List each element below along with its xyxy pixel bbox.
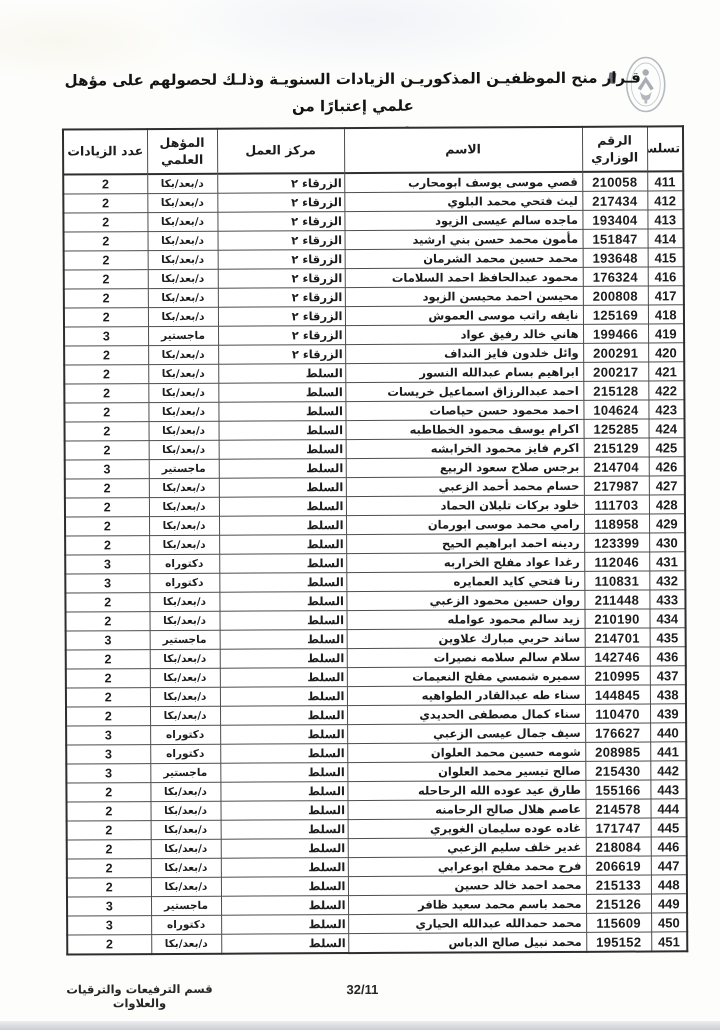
serial-cell: 444 bbox=[650, 799, 686, 818]
serial-cell: 429 bbox=[649, 514, 685, 533]
col-header-ministry-number: الرقم الوزاري bbox=[582, 126, 647, 171]
work-center-cell: السلط bbox=[219, 459, 346, 479]
scan-bottom-edge bbox=[0, 1021, 720, 1030]
ministry-number-cell: 112046 bbox=[584, 552, 649, 571]
work-center-cell: السلط bbox=[219, 573, 346, 593]
ministry-number-cell: 171747 bbox=[586, 818, 651, 837]
ministry-number-cell: 215430 bbox=[585, 761, 650, 780]
increases-cell: 2 bbox=[64, 308, 148, 327]
name-cell: محمد باسم محمد سعيد ظافر bbox=[348, 894, 586, 914]
ministry-number-cell: 214578 bbox=[585, 799, 650, 818]
qualification-cell: دكتوراه bbox=[149, 573, 219, 592]
work-center-cell: السلط bbox=[220, 630, 347, 650]
increases-cell: 2 bbox=[66, 650, 150, 669]
serial-cell: 419 bbox=[648, 324, 684, 343]
qualification-cell: د/بعد/بكا bbox=[148, 364, 218, 383]
qualification-cell: د/بعد/بكا bbox=[148, 307, 218, 326]
ministry-number-cell: 176627 bbox=[585, 723, 650, 742]
qualification-cell: د/بعد/بكا bbox=[150, 611, 220, 630]
qualification-cell: د/بعد/بكا bbox=[150, 801, 220, 820]
serial-cell: 421 bbox=[648, 362, 684, 381]
work-center-cell: السلط bbox=[219, 440, 346, 460]
name-cell: ماجده سالم عيسى الزيود bbox=[344, 210, 582, 230]
ministry-number-cell: 210058 bbox=[582, 171, 647, 191]
name-cell: اكرم فايز محمود الخرابشه bbox=[346, 438, 584, 458]
ministry-number-cell: 208985 bbox=[585, 742, 650, 761]
work-center-cell: السلط bbox=[221, 896, 348, 916]
work-center-cell: الزرقاء ٢ bbox=[217, 212, 344, 232]
serial-cell: 427 bbox=[649, 476, 685, 495]
serial-cell: 446 bbox=[651, 837, 687, 856]
serial-cell: 416 bbox=[648, 267, 684, 286]
qualification-cell: د/بعد/بكا bbox=[148, 288, 218, 307]
ministry-number-cell: 214701 bbox=[585, 628, 650, 647]
ministry-number-cell: 200808 bbox=[583, 286, 648, 305]
increases-cell: 2 bbox=[65, 536, 149, 555]
qualification-cell: د/بعد/بكا bbox=[150, 668, 220, 687]
increases-cell: 3 bbox=[67, 897, 151, 916]
serial-cell: 441 bbox=[650, 742, 686, 761]
work-center-cell: الزرقاء ٢ bbox=[217, 193, 344, 213]
name-cell: ساند حربي مبارك علاوين bbox=[347, 628, 585, 648]
qualification-cell: دكتوراه bbox=[149, 554, 219, 573]
serial-cell: 413 bbox=[647, 210, 683, 229]
work-center-cell: السلط bbox=[221, 915, 348, 935]
increases-cell: 3 bbox=[66, 631, 150, 650]
ministry-number-cell: 118958 bbox=[584, 514, 649, 533]
ministry-number-cell: 210995 bbox=[585, 666, 650, 685]
name-cell: برجس صلاح سعود الربيع bbox=[346, 457, 584, 477]
increases-cell: 2 bbox=[65, 593, 149, 612]
work-center-cell: السلط bbox=[219, 478, 346, 498]
qualification-cell: د/بعد/بكا bbox=[150, 649, 220, 668]
work-center-cell: السلط bbox=[220, 744, 347, 764]
increases-cell: 3 bbox=[65, 460, 149, 479]
work-center-cell: السلط bbox=[220, 782, 347, 802]
qualification-cell: دكتوراه bbox=[150, 725, 220, 744]
increases-cell: 2 bbox=[64, 403, 148, 422]
name-cell: طارق عيد عوده الله الرحاحله bbox=[347, 780, 585, 800]
work-center-cell: الزرقاء ٢ bbox=[218, 345, 345, 365]
serial-cell: 433 bbox=[649, 590, 685, 609]
serial-cell: 439 bbox=[650, 704, 686, 723]
increases-cell: 2 bbox=[63, 174, 147, 194]
increases-cell: 2 bbox=[65, 498, 149, 517]
serial-cell: 447 bbox=[651, 856, 687, 875]
ministry-number-cell: 218084 bbox=[586, 837, 651, 856]
ministry-number-cell: 215128 bbox=[583, 381, 648, 400]
serial-cell: 442 bbox=[650, 761, 686, 780]
work-center-cell: السلط bbox=[221, 820, 348, 840]
serial-cell: 432 bbox=[649, 571, 685, 590]
serial-cell: 430 bbox=[649, 533, 685, 552]
work-center-cell: السلط bbox=[218, 402, 345, 422]
work-center-cell: السلط bbox=[219, 592, 346, 612]
document-sheet: قـرار منح الموظفيـن المذكوريـن الزيادات … bbox=[0, 0, 720, 1030]
increases-cell: 2 bbox=[67, 821, 151, 840]
work-center-cell: السلط bbox=[220, 611, 347, 631]
ministry-number-cell: 110831 bbox=[584, 571, 649, 590]
work-center-cell: السلط bbox=[220, 706, 347, 726]
name-cell: محمد نبيل صالح الدباس bbox=[348, 932, 586, 953]
serial-cell: 449 bbox=[651, 894, 687, 913]
work-center-cell: الزرقاء ٢ bbox=[218, 269, 345, 289]
name-cell: سلام سالم سلامه نصيرات bbox=[347, 647, 585, 667]
increases-cell: 2 bbox=[64, 384, 148, 403]
ministry-number-cell: 155166 bbox=[585, 780, 650, 799]
serial-cell: 415 bbox=[648, 248, 684, 267]
increases-cell: 3 bbox=[66, 726, 150, 745]
col-header-increases: عدد الزيادات bbox=[63, 129, 147, 174]
ministry-number-cell: 111703 bbox=[584, 495, 649, 514]
ministry-number-cell: 211448 bbox=[584, 590, 649, 609]
name-cell: ليث فتحي محمد البلوي bbox=[344, 191, 582, 211]
increases-cell: 2 bbox=[64, 289, 148, 308]
work-center-cell: السلط bbox=[221, 877, 348, 897]
work-center-cell: السلط bbox=[221, 839, 348, 859]
ministry-number-cell: 193404 bbox=[582, 210, 647, 229]
serial-cell: 424 bbox=[649, 419, 685, 438]
ministry-number-cell: 193648 bbox=[583, 248, 648, 267]
qualification-cell: د/بعد/بكا bbox=[147, 193, 217, 212]
name-cell: سميره شمسي مفلح النعيمات bbox=[347, 666, 585, 686]
serial-cell: 411 bbox=[647, 171, 683, 191]
qualification-cell: د/بعد/بكا bbox=[149, 535, 219, 554]
ministry-number-cell: 151847 bbox=[583, 229, 648, 248]
work-center-cell: الزرقاء ٢ bbox=[218, 231, 345, 251]
increases-cell: 2 bbox=[67, 840, 151, 859]
qualification-cell: ماجستير bbox=[150, 630, 220, 649]
serial-cell: 440 bbox=[650, 723, 686, 742]
work-center-cell: الزرقاء ٢ bbox=[218, 250, 345, 270]
ministry-number-cell: 215126 bbox=[586, 894, 651, 913]
qualification-cell: د/بعد/بكا bbox=[149, 497, 219, 516]
name-cell: محمود عبدالحافظ احمد السلامات bbox=[345, 267, 583, 287]
increases-cell: 2 bbox=[66, 612, 150, 631]
qualification-cell: د/بعد/بكا bbox=[147, 212, 217, 231]
name-cell: ردينه احمد ابراهيم الحيح bbox=[346, 533, 584, 553]
qualification-cell: ماجستير bbox=[151, 896, 221, 915]
increases-cell: 2 bbox=[63, 194, 147, 213]
ministry-number-cell: 176324 bbox=[583, 267, 648, 286]
increases-cell: 2 bbox=[65, 422, 149, 441]
work-center-cell: السلط bbox=[219, 554, 346, 574]
employees-table-wrap: تسلسل الرقم الوزاري الاسم مركز العمل الم… bbox=[62, 125, 688, 955]
serial-cell: 451 bbox=[651, 932, 687, 952]
increases-cell: 2 bbox=[65, 441, 149, 460]
name-cell: شومه حسين محمد العلوان bbox=[347, 742, 585, 762]
name-cell: غاده عوده سليمان الغويري bbox=[348, 818, 586, 838]
serial-cell: 414 bbox=[648, 229, 684, 248]
qualification-cell: د/بعد/بكا bbox=[150, 687, 220, 706]
serial-cell: 443 bbox=[650, 780, 686, 799]
serial-cell: 445 bbox=[651, 818, 687, 837]
work-center-cell: السلط bbox=[220, 687, 347, 707]
name-cell: سناء كمال مصطفى الحديدي bbox=[347, 704, 585, 724]
qualification-cell: د/بعد/بكا bbox=[149, 440, 219, 459]
qualification-cell: د/بعد/بكا bbox=[150, 706, 220, 725]
work-center-cell: السلط bbox=[220, 668, 347, 688]
serial-cell: 448 bbox=[651, 875, 687, 894]
ministry-number-cell: 215133 bbox=[586, 875, 651, 894]
name-cell: هاني خالد رفيق عواد bbox=[345, 324, 583, 344]
work-center-cell: السلط bbox=[220, 763, 347, 783]
qualification-cell: د/بعد/بكا bbox=[148, 383, 218, 402]
qualification-cell: د/بعد/بكا bbox=[151, 858, 221, 877]
increases-cell: 2 bbox=[64, 346, 148, 365]
name-cell: محيسن احمد محيسن الزيود bbox=[345, 286, 583, 306]
increases-cell: 3 bbox=[66, 745, 150, 764]
col-header-work-center: مركز العمل bbox=[217, 128, 344, 174]
qualification-cell: د/بعد/بكا bbox=[151, 877, 221, 896]
name-cell: رنا فتحي كايد العمايره bbox=[346, 571, 584, 591]
name-cell: غدير خلف سليم الزعبي bbox=[348, 837, 586, 857]
increases-cell: 2 bbox=[66, 783, 150, 802]
qualification-cell: ماجستير bbox=[150, 763, 220, 782]
increases-cell: 2 bbox=[67, 878, 151, 897]
serial-cell: 426 bbox=[649, 457, 685, 476]
qualification-cell: د/بعد/بكا bbox=[150, 782, 220, 801]
ministry-number-cell: 217987 bbox=[584, 476, 649, 495]
qualification-cell: د/بعد/بكا bbox=[148, 250, 218, 269]
serial-cell: 420 bbox=[648, 343, 684, 362]
ministry-number-cell: 144845 bbox=[585, 685, 650, 704]
qualification-cell: د/بعد/بكا bbox=[149, 421, 219, 440]
name-cell: رغدا عواد مفلح الخراربه bbox=[346, 552, 584, 572]
work-center-cell: الزرقاء ٢ bbox=[218, 288, 345, 308]
work-center-cell: السلط bbox=[219, 535, 346, 555]
name-cell: صالح تيسير محمد العلوان bbox=[347, 761, 585, 781]
work-center-cell: السلط bbox=[221, 934, 348, 954]
name-cell: وائل خلدون فايز النداف bbox=[345, 343, 583, 363]
increases-cell: 3 bbox=[65, 555, 149, 574]
work-center-cell: السلط bbox=[219, 516, 346, 536]
name-cell: مأمون محمد حسن بني ارشيد bbox=[345, 229, 583, 249]
increases-cell: 2 bbox=[66, 802, 150, 821]
ministry-number-cell: 115609 bbox=[586, 913, 651, 932]
increases-cell: 2 bbox=[65, 479, 149, 498]
increases-cell: 2 bbox=[66, 707, 150, 726]
qualification-cell: ماجستير bbox=[149, 459, 219, 478]
serial-cell: 437 bbox=[650, 666, 686, 685]
name-cell: محمد حمدالله عبدالله الحياري bbox=[348, 913, 586, 933]
qualification-cell: د/بعد/بكا bbox=[151, 839, 221, 858]
ministry-number-cell: 142746 bbox=[585, 647, 650, 666]
ministry-number-cell: 195152 bbox=[586, 932, 651, 952]
serial-cell: 425 bbox=[649, 438, 685, 457]
work-center-cell: السلط bbox=[220, 649, 347, 669]
name-cell: روان حسين محمود الزعبي bbox=[346, 590, 584, 610]
qualification-cell: د/بعد/بكا bbox=[148, 269, 218, 288]
header-row: تسلسل الرقم الوزاري الاسم مركز العمل الم… bbox=[63, 126, 683, 174]
work-center-cell: الزرقاء ٢ bbox=[218, 307, 345, 327]
serial-cell: 438 bbox=[650, 685, 686, 704]
increases-cell: 3 bbox=[66, 764, 150, 783]
serial-cell: 431 bbox=[649, 552, 685, 571]
name-cell: قصي موسى يوسف ابومحارب bbox=[344, 172, 582, 193]
table-body: 411210058قصي موسى يوسف ابومحاربالزرقاء ٢… bbox=[63, 171, 687, 954]
serial-cell: 418 bbox=[648, 305, 684, 324]
increases-cell: 2 bbox=[67, 859, 151, 878]
name-cell: فرح محمد مفلح ابوعرابي bbox=[348, 856, 586, 876]
ministry-number-cell: 125169 bbox=[583, 305, 648, 324]
name-cell: رامي محمد موسى ابورمان bbox=[346, 514, 584, 534]
serial-cell: 428 bbox=[649, 495, 685, 514]
increases-cell: 2 bbox=[66, 688, 150, 707]
name-cell: اكرام يوسف محمود الخطاطبه bbox=[346, 419, 584, 439]
qualification-cell: دكتوراه bbox=[150, 744, 220, 763]
ministry-number-cell: 215129 bbox=[584, 438, 649, 457]
name-cell: زيد سالم محمود عوامله bbox=[347, 609, 585, 629]
ministry-number-cell: 200291 bbox=[583, 343, 648, 362]
qualification-cell: د/بعد/بكا bbox=[148, 231, 218, 250]
name-cell: خلود بركات تليلان الحماد bbox=[346, 495, 584, 515]
serial-cell: 436 bbox=[650, 647, 686, 666]
name-cell: سيف جمال عيسى الزعبي bbox=[347, 723, 585, 743]
increases-cell: 2 bbox=[64, 270, 148, 289]
ministry-number-cell: 206619 bbox=[586, 856, 651, 875]
increases-cell: 2 bbox=[66, 669, 150, 688]
footer-department: قسم الترفيعات والترقيات والعلاوات bbox=[64, 982, 214, 1011]
name-cell: احمد عبدالرزاق اسماعيل خريسات bbox=[345, 381, 583, 401]
qualification-cell: ماجستير bbox=[148, 326, 218, 345]
name-cell: حسام محمد أحمد الزعبي bbox=[346, 476, 584, 496]
serial-cell: 417 bbox=[648, 286, 684, 305]
name-cell: عاصم هلال صالح الرحامنه bbox=[347, 799, 585, 819]
name-cell: محمد حسين محمد الشرمان bbox=[345, 248, 583, 268]
ministry-number-cell: 110470 bbox=[585, 704, 650, 723]
name-cell: ابراهيم بسام عبدالله النسور bbox=[345, 362, 583, 382]
qualification-cell: د/بعد/بكا bbox=[148, 402, 218, 421]
work-center-cell: السلط bbox=[218, 383, 345, 403]
qualification-cell: د/بعد/بكا bbox=[147, 174, 217, 194]
serial-cell: 435 bbox=[650, 628, 686, 647]
qualification-cell: د/بعد/بكا bbox=[149, 478, 219, 497]
serial-cell: 412 bbox=[647, 191, 683, 210]
col-header-qualification: المؤهل العلمي bbox=[147, 129, 217, 174]
ministry-number-cell: 104624 bbox=[583, 400, 648, 419]
ministry-number-cell: 217434 bbox=[582, 191, 647, 210]
ministry-number-cell: 214704 bbox=[584, 457, 649, 476]
serial-cell: 422 bbox=[648, 381, 684, 400]
qualification-cell: د/بعد/بكا bbox=[151, 934, 221, 954]
footer-page-number: 32/11 bbox=[346, 982, 378, 997]
serial-cell: 450 bbox=[651, 913, 687, 932]
work-center-cell: الزرقاء ٢ bbox=[218, 326, 345, 346]
increases-cell: 3 bbox=[67, 916, 151, 935]
work-center-cell: السلط bbox=[218, 364, 345, 384]
ministry-number-cell: 123399 bbox=[584, 533, 649, 552]
increases-cell: 3 bbox=[64, 327, 148, 346]
table-row: 451195152محمد نبيل صالح الدباسالسلطد/بعد… bbox=[67, 932, 687, 955]
qualification-cell: د/بعد/بكا bbox=[151, 820, 221, 839]
increases-cell: 2 bbox=[63, 213, 147, 232]
work-center-cell: الزرقاء ٢ bbox=[217, 173, 344, 193]
ministry-number-cell: 210190 bbox=[584, 609, 649, 628]
qualification-cell: د/بعد/بكا bbox=[149, 516, 219, 535]
increases-cell: 2 bbox=[64, 232, 148, 251]
work-center-cell: السلط bbox=[220, 725, 347, 745]
work-center-cell: السلط bbox=[221, 858, 348, 878]
employees-table: تسلسل الرقم الوزاري الاسم مركز العمل الم… bbox=[62, 125, 688, 955]
increases-cell: 2 bbox=[64, 365, 148, 384]
increases-cell: 2 bbox=[64, 251, 148, 270]
increases-cell: 2 bbox=[65, 517, 149, 536]
qualification-cell: د/بعد/بكا bbox=[149, 592, 219, 611]
serial-cell: 423 bbox=[648, 400, 684, 419]
qualification-cell: دكتوراه bbox=[151, 915, 221, 934]
ministry-number-cell: 199466 bbox=[583, 324, 648, 343]
col-header-serial: تسلسل bbox=[647, 126, 683, 171]
work-center-cell: السلط bbox=[219, 497, 346, 517]
work-center-cell: السلط bbox=[219, 421, 346, 441]
serial-cell: 434 bbox=[649, 609, 685, 628]
col-header-name: الاسم bbox=[344, 127, 582, 173]
name-cell: نايفه راتب موسى العموش bbox=[345, 305, 583, 325]
increases-cell: 3 bbox=[65, 574, 149, 593]
title-line-1: قـرار منح الموظفيـن المذكوريـن الزيادات … bbox=[58, 64, 648, 121]
name-cell: محمد احمد خالد حسين bbox=[348, 875, 586, 895]
name-cell: سناء طه عبدالقادر الطواهيه bbox=[347, 685, 585, 705]
qualification-cell: د/بعد/بكا bbox=[148, 345, 218, 364]
ministry-number-cell: 200217 bbox=[583, 362, 648, 381]
increases-cell: 2 bbox=[67, 935, 151, 955]
work-center-cell: السلط bbox=[220, 801, 347, 821]
name-cell: احمد محمود حسن حياصات bbox=[345, 400, 583, 420]
ministry-number-cell: 125285 bbox=[584, 419, 649, 438]
